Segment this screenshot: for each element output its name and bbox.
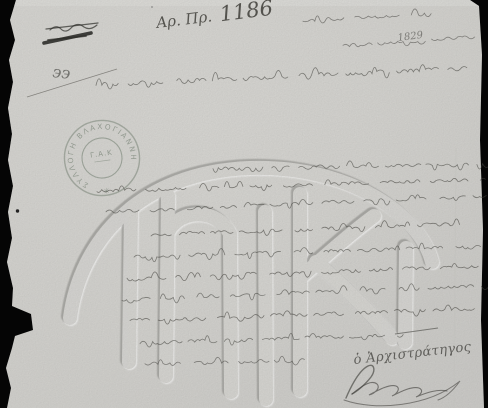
document-scan: ΣΥΛΛΟΓΗ ΒΛΑΧΟΓΙΑΝΝΗ Γ.Α.Κ ✳ ϶϶ Αρ. Πρ. 1… [0,0,488,408]
double-mark: ϶϶ [52,62,72,83]
scan-canvas: ΣΥΛΛΟΓΗ ΒΛΑΧΟΓΙΑΝΝΗ Γ.Α.Κ ✳ ϶϶ Αρ. Πρ. 1… [0,0,488,408]
ink-spot [16,209,19,212]
ink-speck [151,6,153,8]
